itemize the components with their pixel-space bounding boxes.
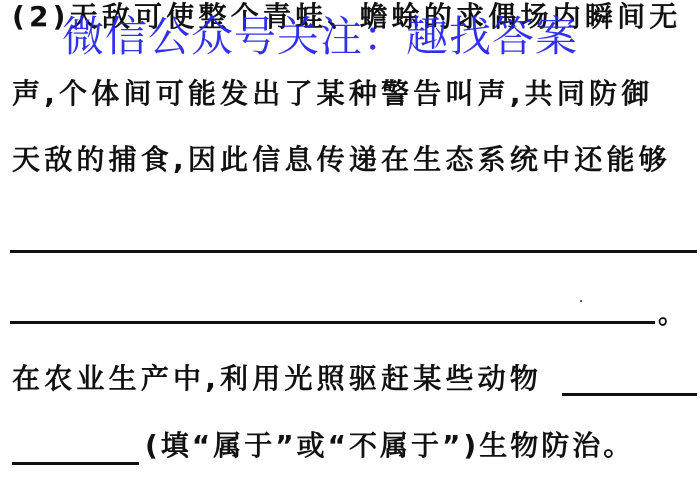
question-text-line-2: 声,个体间可能发出了某种警告叫声,共同防御: [12, 77, 653, 111]
answer-blank-line-1[interactable]: [10, 250, 697, 253]
question-text-line-4: 在农业生产中,利用光照驱赶某些动物: [12, 362, 542, 396]
answer-blank-line-2[interactable]: [10, 321, 655, 324]
scan-speck: [580, 300, 582, 302]
period-mark: 。: [658, 300, 684, 330]
answer-blank-line-3[interactable]: [562, 393, 697, 396]
question-text-line-3: 天敌的捕食,因此信息传递在生态系统中还能够: [12, 143, 671, 177]
answer-blank-line-4[interactable]: [12, 462, 139, 465]
watermark-overlay: 微信公众号关注：趣找答案: [62, 12, 578, 62]
question-text-line-5: (填“属于”或“不属于”)生物防治。: [145, 429, 634, 463]
